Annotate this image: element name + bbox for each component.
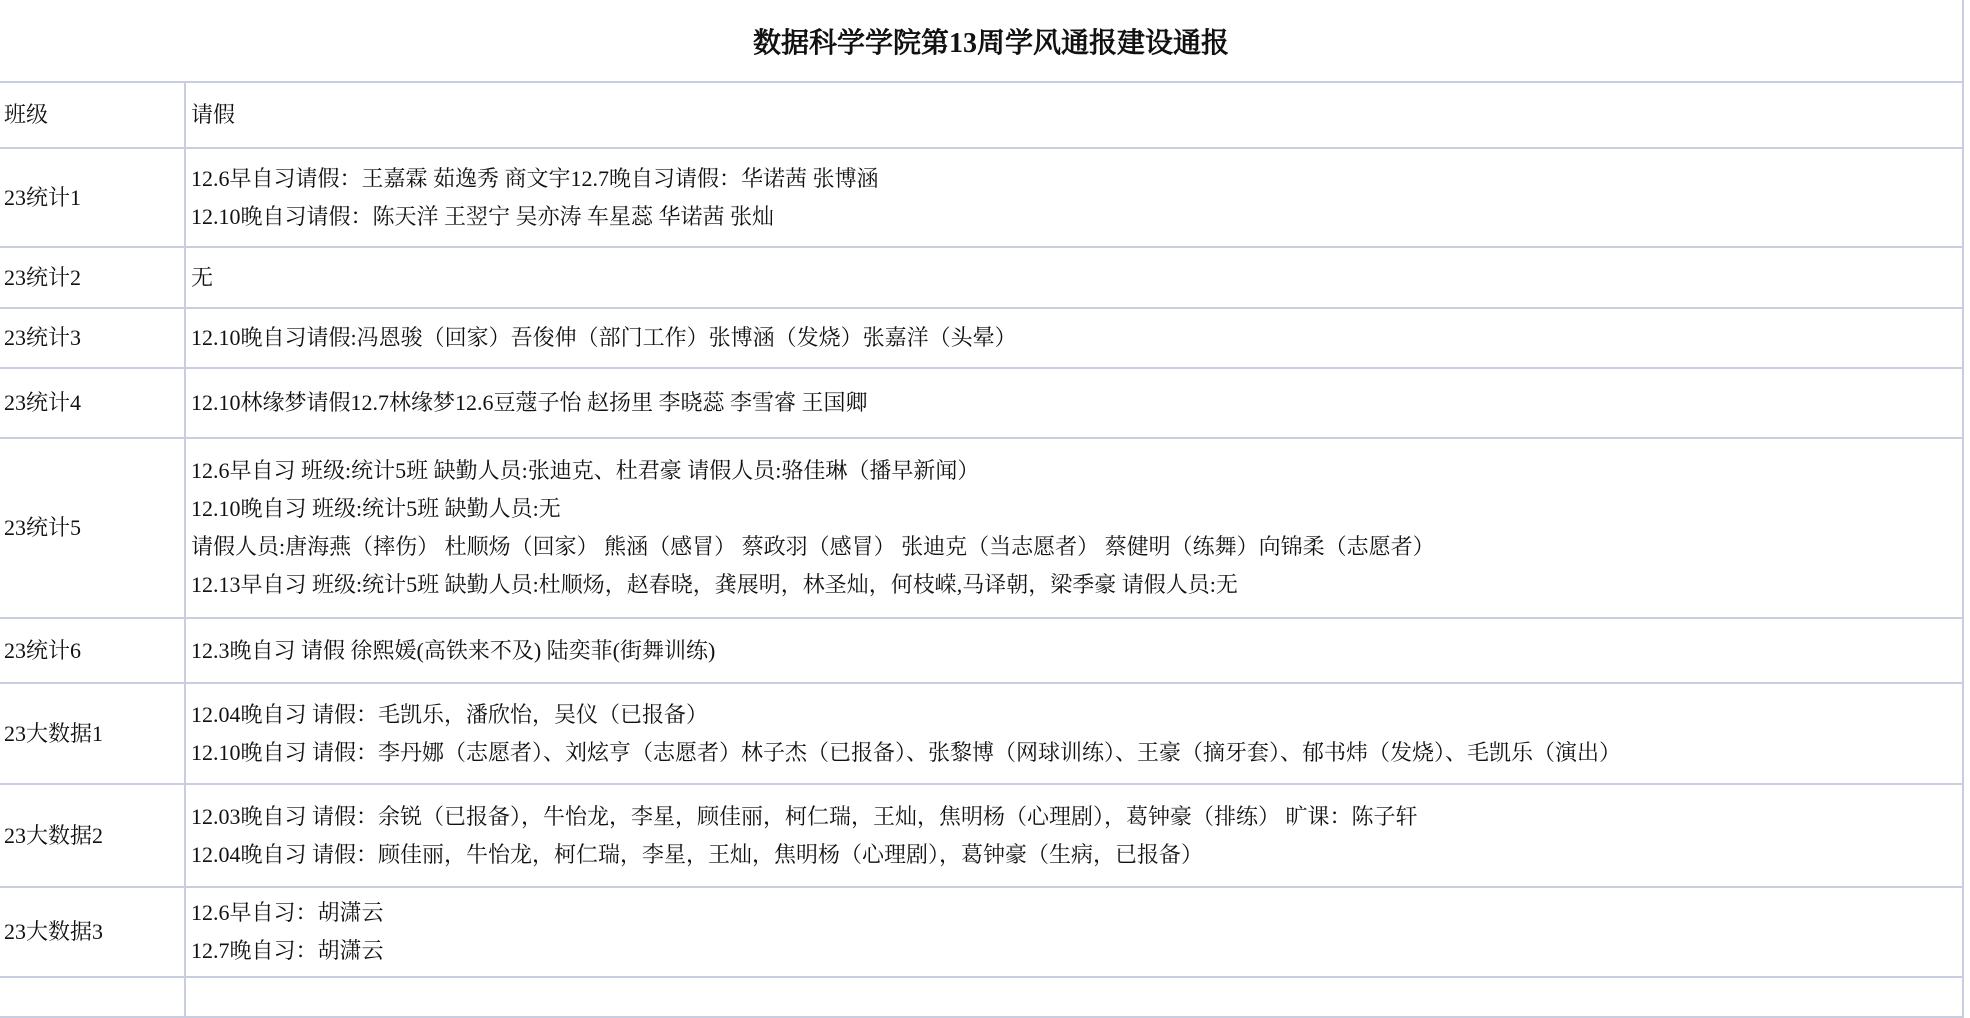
- leave-report-table: 班级 请假 23统计1 12.6早自习请假：王嘉霖 茹逸秀 商文宇12.7晚自习…: [0, 83, 1964, 984]
- class-cell: 23统计1: [0, 148, 185, 247]
- class-cell: 23统计4: [0, 368, 185, 438]
- leave-line: 12.03晚自习 请假：余锐（已报备），牛怡龙，李星，顾佳丽，柯仁瑞，王灿，焦明…: [191, 798, 1962, 836]
- table-row: 23统计5 12.6早自习 班级:统计5班 缺勤人员:张迪克、杜君豪 请假人员:…: [0, 438, 1963, 618]
- leave-line: 12.6早自习 班级:统计5班 缺勤人员:张迪克、杜君豪 请假人员:骆佳琳（播早…: [191, 452, 1962, 490]
- table-row: 23统计6 12.3晚自习 请假 徐熙媛(高铁来不及) 陆奕菲(街舞训练): [0, 618, 1963, 683]
- leave-cell: 无: [185, 247, 1963, 308]
- table-row: 23大数据1 12.04晚自习 请假：毛凯乐，潘欣怡，吴仪（已报备） 12.10…: [0, 683, 1963, 784]
- header-leave: 请假: [185, 83, 1963, 148]
- leave-cell: 12.6早自习请假：王嘉霖 茹逸秀 商文宇12.7晚自习请假：华诺茜 张博涵 1…: [185, 148, 1963, 247]
- leave-line: 12.10晚自习 班级:统计5班 缺勤人员:无: [191, 490, 1962, 528]
- leave-line: 12.6早自习：胡潇云: [191, 894, 1962, 932]
- class-cell: 23统计6: [0, 618, 185, 683]
- leave-line: 12.04晚自习 请假：顾佳丽，牛怡龙，柯仁瑞，李星，王灿，焦明杨（心理剧），葛…: [191, 836, 1962, 874]
- class-cell: 23统计3: [0, 308, 185, 368]
- leave-line: 12.10晚自习 请假：李丹娜（志愿者）、刘炫亨（志愿者）林子杰（已报备）、张黎…: [191, 734, 1962, 772]
- header-class: 班级: [0, 83, 185, 148]
- leave-line: 12.7晚自习：胡潇云: [191, 932, 1962, 970]
- leave-cell: 12.6早自习 班级:统计5班 缺勤人员:张迪克、杜君豪 请假人员:骆佳琳（播早…: [185, 438, 1963, 618]
- leave-line: 请假人员:唐海燕（摔伤） 杜顺炀（回家） 熊涵（感冒） 蔡政羽（感冒） 张迪克（…: [191, 528, 1962, 566]
- leave-line: 12.10林缘梦请假12.7林缘梦12.6豆蔻子怡 赵扬里 李晓蕊 李雪睿 王国…: [191, 384, 1962, 422]
- leave-line: 无: [191, 259, 1962, 297]
- table-row: 23统计4 12.10林缘梦请假12.7林缘梦12.6豆蔻子怡 赵扬里 李晓蕊 …: [0, 368, 1963, 438]
- table-row: 23统计1 12.6早自习请假：王嘉霖 茹逸秀 商文宇12.7晚自习请假：华诺茜…: [0, 148, 1963, 247]
- leave-line: 12.10晚自习请假：陈天洋 王翌宁 吴亦涛 车星蕊 华诺茜 张灿: [191, 198, 1962, 236]
- leave-cell: 12.6早自习：胡潇云 12.7晚自习：胡潇云: [185, 887, 1963, 977]
- table-row: 23大数据3 12.6早自习：胡潇云 12.7晚自习：胡潇云: [0, 887, 1963, 977]
- table-header-row: 班级 请假: [0, 83, 1963, 148]
- class-cell: 23大数据2: [0, 784, 185, 887]
- leave-cell: 12.3晚自习 请假 徐熙媛(高铁来不及) 陆奕菲(街舞训练): [185, 618, 1963, 683]
- report-sheet: 数据科学学院第13周学风通报建设通报 班级 请假 23统计1 12.6早自习请假…: [0, 0, 1964, 984]
- leave-cell: 12.10林缘梦请假12.7林缘梦12.6豆蔻子怡 赵扬里 李晓蕊 李雪睿 王国…: [185, 368, 1963, 438]
- table-row: 23大数据2 12.03晚自习 请假：余锐（已报备），牛怡龙，李星，顾佳丽，柯仁…: [0, 784, 1963, 887]
- class-cell: 23大数据3: [0, 887, 185, 977]
- leave-cell: [185, 977, 1963, 984]
- title-row: 数据科学学院第13周学风通报建设通报: [0, 0, 1964, 83]
- class-cell: 23统计2: [0, 247, 185, 308]
- leave-line: 12.04晚自习 请假：毛凯乐，潘欣怡，吴仪（已报备）: [191, 696, 1962, 734]
- document-title: 数据科学学院第13周学风通报建设通报: [753, 21, 1229, 61]
- class-cell: [0, 977, 185, 984]
- table-row: 23统计3 12.10晚自习请假:冯恩骏（回家）吾俊伸（部门工作）张博涵（发烧）…: [0, 308, 1963, 368]
- leave-line: 12.3晚自习 请假 徐熙媛(高铁来不及) 陆奕菲(街舞训练): [191, 632, 1962, 670]
- leave-line: 12.6早自习请假：王嘉霖 茹逸秀 商文宇12.7晚自习请假：华诺茜 张博涵: [191, 160, 1962, 198]
- table-row-empty: [0, 977, 1963, 984]
- class-cell: 23大数据1: [0, 683, 185, 784]
- table-row: 23统计2 无: [0, 247, 1963, 308]
- leave-cell: 12.03晚自习 请假：余锐（已报备），牛怡龙，李星，顾佳丽，柯仁瑞，王灿，焦明…: [185, 784, 1963, 887]
- class-cell: 23统计5: [0, 438, 185, 618]
- leave-cell: 12.04晚自习 请假：毛凯乐，潘欣怡，吴仪（已报备） 12.10晚自习 请假：…: [185, 683, 1963, 784]
- leave-line: 12.13早自习 班级:统计5班 缺勤人员:杜顺炀，赵春晓，龚展明，林圣灿，何枝…: [191, 566, 1962, 604]
- leave-line: 12.10晚自习请假:冯恩骏（回家）吾俊伸（部门工作）张博涵（发烧）张嘉洋（头晕…: [191, 319, 1962, 357]
- leave-cell: 12.10晚自习请假:冯恩骏（回家）吾俊伸（部门工作）张博涵（发烧）张嘉洋（头晕…: [185, 308, 1963, 368]
